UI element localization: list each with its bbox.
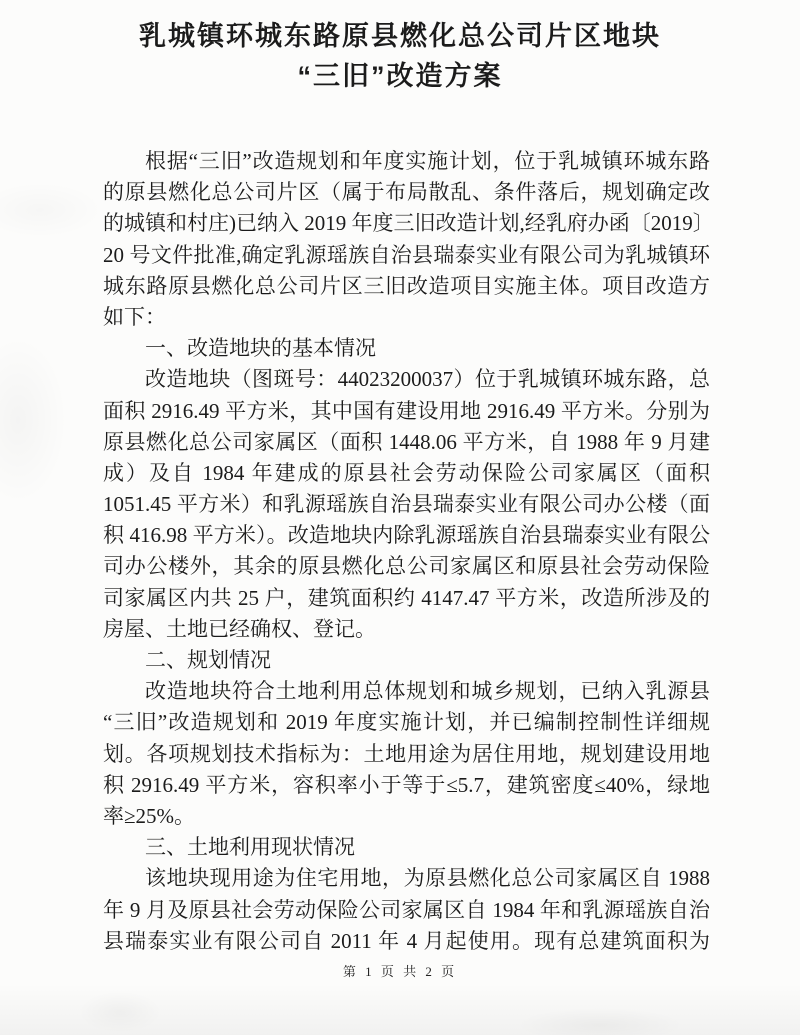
text-line: 成）及自 1984 年建成的原县社会劳动保险公司家属区（面积 bbox=[103, 458, 710, 489]
text-line: “三旧”改造规划和 2019 年度实施计划，并已编制控制性详细规 bbox=[103, 707, 710, 738]
text-line: 积 416.98 平方米）。改造地块内除乳源瑶族自治县瑞泰实业有限公 bbox=[103, 520, 710, 551]
text-line: 如下： bbox=[103, 302, 710, 333]
text-line: 率≥25%。 bbox=[103, 801, 710, 832]
text-line: 划。各项规划技术指标为：土地用途为居住用地，规划建设用地面 bbox=[103, 739, 710, 770]
text-line: 的城镇和村庄)已纳入 2019 年度三旧改造计划,经乳府办函〔2019〕 bbox=[103, 208, 710, 239]
text-line: 司家属区内共 25 户，建筑面积约 4147.47 平方米，改造所涉及的 bbox=[103, 583, 710, 614]
text-line: 面积 2916.49 平方米，其中国有建设用地 2916.49 平方米。分别为 bbox=[103, 396, 710, 427]
section-heading: 一、改造地块的基本情况 bbox=[103, 333, 710, 364]
text-line: 原县燃化总公司家属区（面积 1448.06 平方米，自 1988 年 9 月建 bbox=[103, 427, 710, 458]
text-line: 20 号文件批准,确定乳源瑶族自治县瑞泰实业有限公司为乳城镇环 bbox=[103, 240, 710, 271]
text-line: 该地块现用途为住宅用地，为原县燃化总公司家属区自 1988 bbox=[103, 863, 710, 894]
document-title-line-1: 乳城镇环城东路原县燃化总公司片区地块 bbox=[0, 16, 800, 56]
document-title-line-2: “三旧”改造方案 bbox=[0, 56, 800, 96]
text-line: 县瑞泰实业有限公司自 2011 年 4 月起使用。现有总建筑面积为 bbox=[103, 926, 710, 957]
section-heading: 二、规划情况 bbox=[103, 645, 710, 676]
document-title: 乳城镇环城东路原县燃化总公司片区地块 “三旧”改造方案 bbox=[0, 0, 800, 96]
text-line: 司办公楼外，其余的原县燃化总公司家属区和原县社会劳动保险公 bbox=[103, 551, 710, 582]
text-line: 根据“三旧”改造规划和年度实施计划，位于乳城镇环城东路 bbox=[103, 146, 710, 177]
page-number-footer: 第 1 页 共 2 页 bbox=[0, 961, 800, 980]
text-line: 城东路原县燃化总公司片区三旧改造项目实施主体。项目改造方案 bbox=[103, 271, 710, 302]
text-line: 房屋、土地已经确权、登记。 bbox=[103, 614, 710, 645]
document-body: 根据“三旧”改造规划和年度实施计划，位于乳城镇环城东路的原县燃化总公司片区（属于… bbox=[0, 146, 800, 957]
text-line: 改造地块（图斑号：44023200037）位于乳城镇环城东路，总 bbox=[103, 364, 710, 395]
text-line: 1051.45 平方米）和乳源瑶族自治县瑞泰实业有限公司办公楼（面 bbox=[103, 489, 710, 520]
scanned-document-page: 乳城镇环城东路原县燃化总公司片区地块 “三旧”改造方案 根据“三旧”改造规划和年… bbox=[0, 0, 800, 1035]
text-line: 改造地块符合土地利用总体规划和城乡规划，已纳入乳源县 bbox=[103, 676, 710, 707]
text-line: 年 9 月及原县社会劳动保险公司家属区自 1984 年和乳源瑶族自治 bbox=[103, 895, 710, 926]
text-line: 的原县燃化总公司片区（属于布局散乱、条件落后，规划确定改造 bbox=[103, 177, 710, 208]
section-heading: 三、土地利用现状情况 bbox=[103, 832, 710, 863]
text-line: 积 2916.49 平方米，容积率小于等于≤5.7，建筑密度≤40%，绿地 bbox=[103, 770, 710, 801]
